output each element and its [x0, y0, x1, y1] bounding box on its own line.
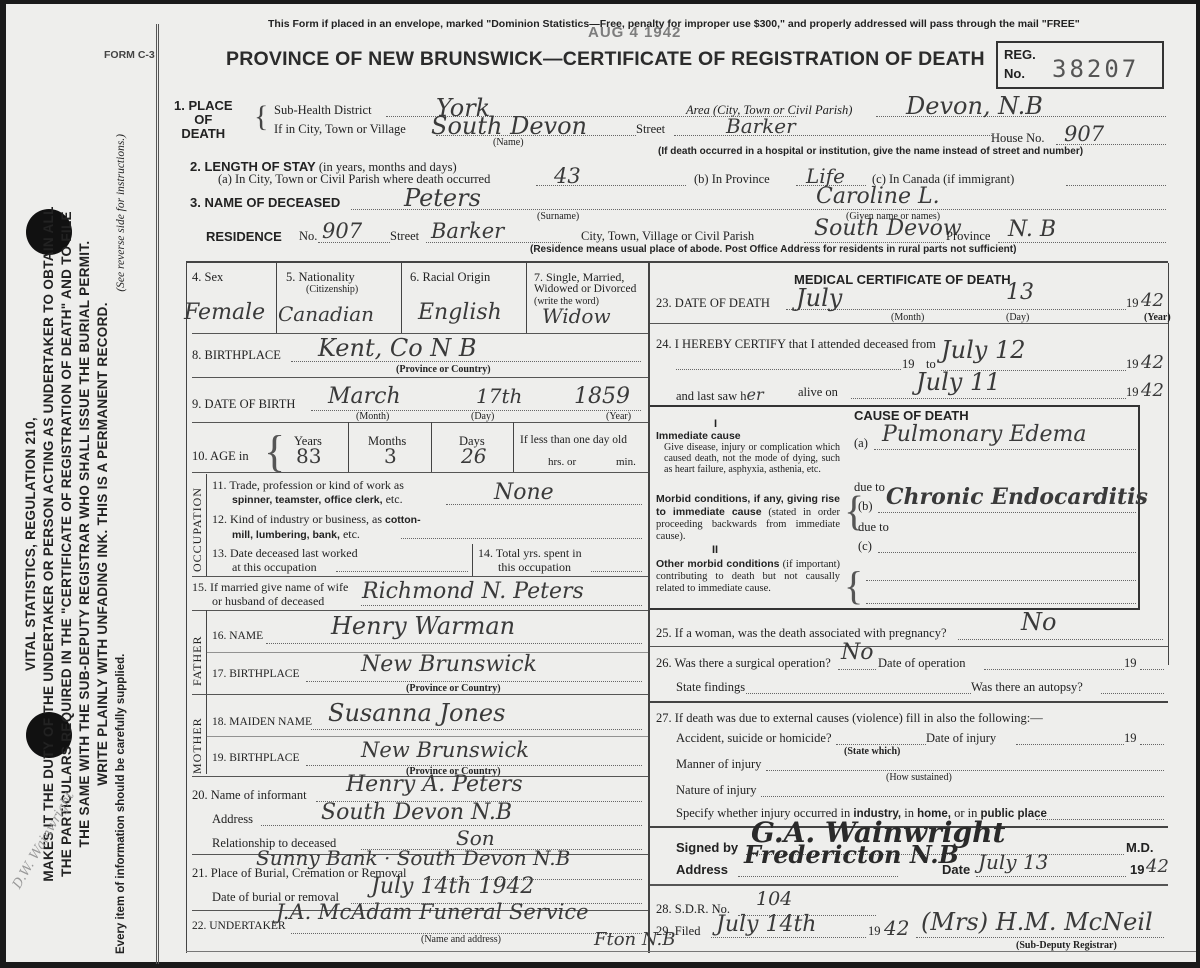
place-of-death-label: 1. PLACE OF DEATH [174, 99, 233, 141]
md-label: M.D. [1126, 840, 1153, 855]
residence-street-label: Street [390, 229, 419, 244]
cause-b-label: (b) [858, 499, 873, 514]
mother-birthplace-value: New Brunswick [361, 738, 529, 762]
other-conditions-line-1 [866, 580, 1136, 581]
due-to-2-label: due to [858, 520, 889, 535]
residence-province-value: N. B [1008, 217, 1056, 242]
other-conditions-line-2 [866, 603, 1136, 604]
sex-label: 4. Sex [192, 270, 223, 285]
citizenship-caption: (Citizenship) [306, 284, 358, 295]
informant-label: 20. Name of informant [192, 788, 307, 803]
notice-footer-right: (See reverse side for instructions.) [112, 134, 130, 292]
dob-year: 1859 [574, 384, 630, 409]
nature-of-injury-label: Nature of injury [676, 783, 757, 798]
morbid-conditions-label: Morbid conditions, if any, giving rise t… [656, 493, 840, 543]
signature-year-prefix: 19 [1130, 862, 1144, 877]
signature-address-label: Address [676, 862, 728, 877]
filed-year-prefix: 19 [868, 924, 881, 939]
reg-number: 38207 [1052, 55, 1139, 83]
name-caption: (Name) [493, 137, 524, 148]
father-name-label: 16. NAME [212, 630, 263, 642]
father-birthplace-value: New Brunswick [361, 652, 537, 677]
dod-day: 13 [1006, 280, 1034, 305]
sub-health-district-label: Sub-Health District [274, 103, 372, 118]
birthplace-value: Kent, Co N B [318, 334, 477, 362]
roman-two: II [712, 544, 718, 556]
operation-date-label: Date of operation [878, 656, 965, 671]
alive-year-prefix: 19 [1126, 385, 1139, 400]
brace: { [254, 100, 268, 134]
cause-of-death-title: CAUSE OF DEATH [854, 408, 969, 423]
cause-c-label: (c) [858, 539, 872, 554]
informant-value: Henry A. Peters [346, 772, 523, 797]
father-birthplace-caption: (Province or Country) [406, 683, 501, 694]
how-sustained-caption: (How sustained) [886, 772, 952, 783]
marital-label-2: Widowed or Divorced [534, 283, 636, 295]
age-hrs-label: hrs. or [548, 456, 576, 468]
alive-on-value: July 11 [916, 368, 1000, 396]
state-which-caption: (State which) [844, 746, 900, 757]
undertaker-value: J.A. McAdam Funeral Service [276, 900, 589, 924]
notice-line-5: WRITE PLAINLY WITH UNFADING INK. THIS IS… [94, 124, 112, 964]
dod-day-caption: (Day) [1006, 312, 1029, 323]
signature-address-value: Fredericton N.B [744, 840, 959, 869]
registrar-name: (Mrs) H.M. McNeil [921, 908, 1153, 936]
informant-address-value: South Devon N.B [321, 800, 512, 825]
accident-label: Accident, suicide or homicide? [676, 731, 832, 746]
mother-maiden-value: Susanna Jones [328, 699, 505, 727]
last-saw-pronoun: er [746, 385, 763, 404]
residence-city-value: South Devow [814, 216, 962, 241]
undertaker-label: 22. UNDERTAKER [192, 920, 286, 932]
area-value: Devon, N.B [906, 92, 1043, 120]
city-town-village-value: South Devon [431, 112, 587, 140]
page-title: PROVINCE OF NEW BRUNSWICK—CERTIFICATE OF… [226, 48, 985, 71]
dod-month-caption: (Month) [891, 312, 924, 323]
mother-maiden-label: 18. MAIDEN NAME [212, 716, 312, 728]
nationality-value: Canadian [278, 302, 374, 326]
reg-label: REG. [1004, 47, 1036, 62]
sdr-number-value: 104 [756, 888, 792, 910]
q12-label: 12. Kind of industry or business, as cot… [212, 512, 421, 542]
cause-b-value: Chronic Endocarditis [886, 484, 1148, 510]
notice-footer-left: Every item of information should be care… [112, 654, 130, 954]
signature-date-value: July 13 [978, 850, 1048, 874]
findings-label: State findings [676, 680, 745, 695]
racial-origin-value: English [418, 300, 502, 325]
age-days-value: 26 [461, 444, 486, 468]
pregnancy-label: 25. If a woman, was the death associated… [656, 626, 947, 641]
age-label: 10. AGE in [192, 449, 249, 464]
birthplace-label: 8. BIRTHPLACE [192, 348, 281, 363]
nationality-label: 5. Nationality [286, 270, 355, 285]
date-of-death-label: 23. DATE OF DEATH [656, 296, 770, 311]
dod-year-prefix: 19 [1126, 296, 1139, 311]
dob-month-caption: (Month) [356, 411, 389, 422]
residence-street-value: Barker [431, 219, 504, 243]
injury-date-label: Date of injury [926, 731, 996, 746]
occupation-value: None [494, 480, 554, 505]
notice-line-4: THE SAME WITH THE SUB-DEPUTY REGISTRAR W… [76, 124, 94, 964]
street-value: Barker [726, 114, 796, 138]
father-side-label: FATHER [190, 616, 205, 686]
to-year: 42 [1141, 352, 1164, 373]
age-min-label: min. [616, 456, 636, 468]
dod-year: 42 [1141, 290, 1164, 311]
city-town-village-label: If in City, Town or Village [274, 122, 406, 137]
dod-month: July [796, 284, 842, 312]
informant-address-label: Address [212, 812, 253, 827]
autopsy-label: Was there an autopsy? [971, 680, 1083, 695]
spouse-label: 15. If married give name of wife or husb… [192, 580, 348, 608]
attended-to-value: July 12 [941, 336, 1025, 364]
house-number-value: 907 [1064, 122, 1104, 146]
residence-province-label: Province [946, 229, 990, 244]
q11-label: 11. Trade, profession or kind of work as… [212, 478, 404, 507]
residence-no-value: 907 [322, 219, 362, 243]
q14-label: 14. Total yrs. spent in this occupation [478, 546, 582, 574]
dob-day-caption: (Day) [471, 411, 494, 422]
header-divider [186, 261, 1168, 263]
to-year-prefix: 19 [1126, 357, 1139, 372]
surgical-operation-label: 26. Was there a surgical operation? [656, 656, 831, 671]
street-label: Street [636, 122, 665, 137]
pregnancy-value: No [1021, 608, 1056, 636]
last-saw-label: and last saw her [676, 385, 764, 404]
manner-of-injury-label: Manner of injury [676, 757, 761, 772]
surname-caption: (Surname) [537, 211, 579, 222]
dod-year-caption: (Year) [1144, 312, 1171, 323]
registrar-caption: (Sub-Deputy Registrar) [1016, 940, 1117, 951]
dob-day: 17th [476, 384, 522, 408]
deceased-name-label: 3. NAME OF DECEASED [190, 195, 340, 210]
q13-label: 13. Date deceased last worked at this oc… [212, 546, 358, 574]
marital-status-value: Widow [542, 304, 611, 328]
filed-date-value: July 14th [716, 912, 816, 937]
deceased-given-names: Caroline L. [816, 184, 940, 209]
notice-line-3: THE PARTICULARS REQUIRED IN THE "CERTIFI… [58, 124, 76, 964]
notice-footer: Every item of information should be care… [112, 124, 130, 964]
birthplace-caption: (Province or Country) [396, 364, 491, 375]
surgical-operation-value: No [841, 640, 874, 665]
filed-label: 29. Filed [656, 924, 700, 939]
dob-month: March [328, 384, 401, 409]
immediate-cause-desc: Give disease, injury or complication whi… [664, 442, 840, 475]
alive-year: 42 [1141, 380, 1164, 401]
date-of-birth-label: 9. DATE OF BIRTH [192, 397, 295, 412]
alive-on-label: alive on [798, 385, 838, 400]
stay-province-label: (b) In Province [694, 172, 770, 187]
father-birthplace-label: 17. BIRTHPLACE [212, 668, 299, 680]
reg-number-box: REG. No. 38207 [996, 41, 1164, 89]
residence-label: RESIDENCE [206, 229, 282, 244]
other-conditions-label: Other morbid conditions (if important) c… [656, 558, 840, 595]
residence-city-label: City, Town, Village or Civil Parish [581, 229, 754, 244]
cause-a-label: (a) [854, 436, 868, 451]
racial-origin-label: 6. Racial Origin [410, 270, 490, 285]
form-number: FORM C-3 [104, 49, 155, 61]
immediate-cause-label: Immediate cause [656, 430, 741, 442]
age-less-than-day-label: If less than one day old [520, 434, 627, 446]
residence-no-label: No. [299, 229, 317, 244]
burial-place-value: Sunny Bank · South Devon N.B [256, 846, 570, 870]
injury-year-prefix: 19 [1124, 731, 1137, 746]
signature-year: 42 [1146, 856, 1169, 877]
mother-birthplace-label: 19. BIRTHPLACE [212, 752, 299, 764]
deceased-surname: Peters [404, 184, 481, 212]
undertaker-caption: (Name and address) [421, 934, 501, 945]
death-certificate-form: VITAL STATISTICS, REGULATION 210, MAKES … [6, 4, 1196, 962]
stay-city-value: 43 [554, 164, 581, 188]
residence-note: (Residence means usual place of abode. P… [530, 244, 1016, 255]
hospital-note: (If death occurred in a hospital or inst… [658, 146, 1083, 157]
signature-date-label: Date [942, 862, 970, 877]
signed-by-label: Signed by [676, 840, 738, 855]
mother-side-label: MOTHER [190, 698, 205, 774]
roman-one: I [714, 418, 717, 430]
house-number-label: House No. [991, 131, 1044, 146]
operation-year-prefix: 19 [1124, 656, 1137, 671]
dob-year-caption: (Year) [606, 411, 631, 422]
left-strip-divider [156, 24, 159, 964]
from-year-prefix: 19 [902, 357, 915, 372]
age-years-value: 83 [296, 444, 321, 468]
father-name-value: Henry Warman [331, 612, 515, 640]
received-stamp: AUG 4 1942 [588, 24, 681, 41]
spouse-value: Richmond N. Peters [362, 579, 584, 604]
no-label: No. [1004, 66, 1025, 81]
cause-a-value: Pulmonary Edema [882, 422, 1086, 447]
external-causes-label: 27. If death was due to external causes … [656, 711, 1043, 726]
sex-value: Female [184, 300, 265, 325]
filed-year: 42 [884, 916, 909, 940]
certify-label: 24. I HEREBY CERTIFY that I attended dec… [656, 337, 936, 352]
age-months-value: 3 [384, 444, 397, 468]
burial-date-value: July 14th 1942 [371, 874, 534, 899]
occupation-side-label: OCCUPATION [190, 480, 205, 572]
